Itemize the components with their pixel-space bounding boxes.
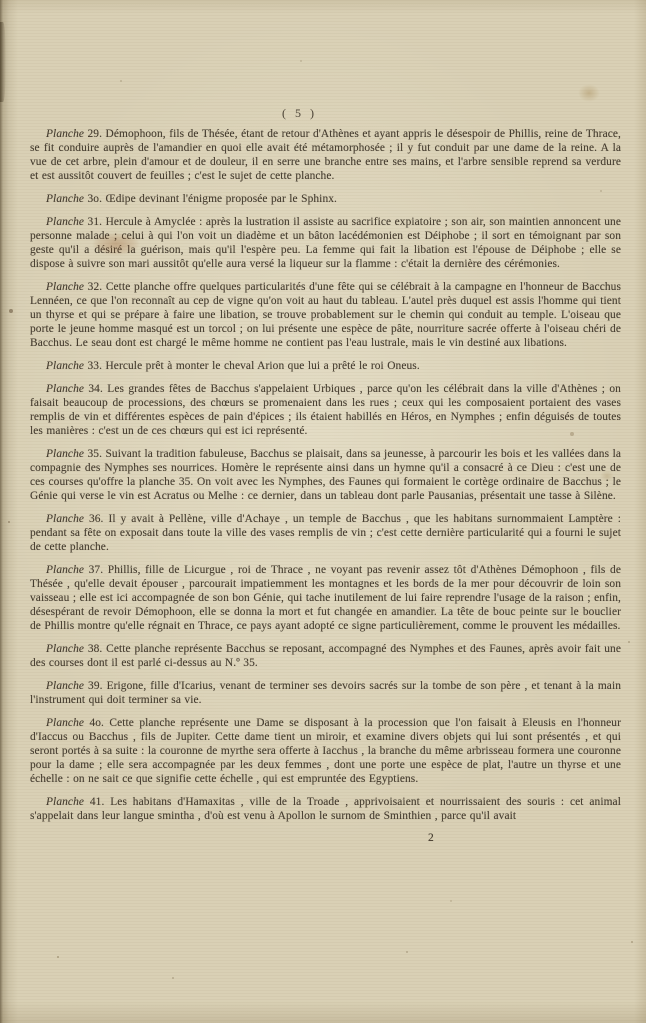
- plate-entry-32: Planche 32. Cette planche offre quelques…: [30, 280, 621, 350]
- plate-entry-41: Planche 41. Les habitans d'Hamaxitas , v…: [30, 795, 621, 823]
- plate-label: Planche: [46, 216, 84, 228]
- plate-label: Planche: [46, 128, 84, 140]
- plate-label: Planche: [46, 717, 84, 729]
- plate-text: Les habitans d'Hamaxitas , ville de la T…: [30, 796, 621, 822]
- plate-text: Erigone, fille d'Icarius, venant de term…: [30, 680, 621, 706]
- plate-entry-33: Planche 33. Hercule prêt à monter le che…: [30, 359, 621, 373]
- plate-number: 32.: [88, 281, 103, 293]
- plate-text: Phillis, fille de Licurgue , roi de Thra…: [30, 564, 621, 632]
- plate-label: Planche: [46, 448, 84, 460]
- plate-entry-34: Planche 34. Les grandes fêtes de Bacchus…: [30, 382, 621, 438]
- plate-number: 4o.: [89, 717, 104, 729]
- plate-label: Planche: [46, 360, 84, 372]
- page-number: ( 5 ): [4, 106, 595, 121]
- plate-label: Planche: [46, 513, 84, 525]
- plate-label: Planche: [46, 643, 84, 655]
- plate-entry-30: Planche 3o. Œdipe devinant l'énigme prop…: [30, 192, 621, 206]
- plate-text: Hercule prêt à monter le cheval Arion qu…: [105, 360, 419, 372]
- signature-mark: 2: [30, 832, 621, 844]
- plate-number: 3o.: [87, 193, 102, 205]
- plate-number: 37.: [89, 564, 104, 576]
- plate-entry-31: Planche 31. Hercule à Amyclée : après la…: [30, 215, 621, 271]
- plate-text: Les grandes fêtes de Bacchus s'appelaien…: [30, 383, 621, 437]
- plate-number: 31.: [88, 216, 103, 228]
- plate-entry-36: Planche 36. Il y avait à Pellène, ville …: [30, 512, 621, 554]
- plate-label: Planche: [46, 383, 84, 395]
- plate-text: Démophoon, fils de Thésée, étant de reto…: [30, 128, 621, 182]
- plate-label: Planche: [46, 564, 84, 576]
- plate-entry-38: Planche 38. Cette planche représente Bac…: [30, 642, 621, 670]
- plate-entry-29: Planche 29. Démophoon, fils de Thésée, é…: [30, 127, 621, 183]
- plate-number: 29.: [88, 128, 103, 140]
- plate-number: 35.: [87, 448, 102, 460]
- book-page: ( 5 ) Planche 29. Démophoon, fils de Thé…: [0, 0, 646, 1023]
- paper-speckles: [0, 0, 2, 2]
- plate-entry-39: Planche 39. Erigone, fille d'Icarius, ve…: [30, 679, 621, 707]
- plate-text: Il y avait à Pellène, ville d'Achaye , u…: [30, 513, 621, 553]
- plate-number: 33.: [87, 360, 102, 372]
- plate-number: 34.: [88, 383, 103, 395]
- plate-text: Œdipe devinant l'énigme proposée par le …: [105, 193, 337, 205]
- plate-label: Planche: [46, 796, 84, 808]
- plate-number: 36.: [89, 513, 104, 525]
- plate-text: Suivant la tradition fabuleuse, Bacchus …: [30, 448, 621, 502]
- plate-label: Planche: [46, 193, 84, 205]
- plate-number: 39.: [88, 680, 103, 692]
- page-edge-shadow: [0, 22, 6, 102]
- text-column: ( 5 ) Planche 29. Démophoon, fils de Thé…: [30, 106, 621, 844]
- plate-text: Cette planche représente Bacchus se repo…: [30, 643, 621, 669]
- plate-text: Cette planche offre quelques particulari…: [30, 281, 621, 349]
- plate-label: Planche: [46, 680, 84, 692]
- plate-number: 38.: [88, 643, 103, 655]
- foxing-spot: [578, 84, 600, 102]
- plate-label: Planche: [46, 281, 84, 293]
- plate-text: Cette planche représente une Dame se dis…: [30, 717, 621, 785]
- plate-entry-40: Planche 4o. Cette planche représente une…: [30, 716, 621, 786]
- plate-text: Hercule à Amyclée : après la lustration …: [30, 216, 621, 270]
- plate-entry-37: Planche 37. Phillis, fille de Licurgue ,…: [30, 563, 621, 633]
- plate-number: 41.: [90, 796, 105, 808]
- plate-entry-35: Planche 35. Suivant la tradition fabuleu…: [30, 447, 621, 503]
